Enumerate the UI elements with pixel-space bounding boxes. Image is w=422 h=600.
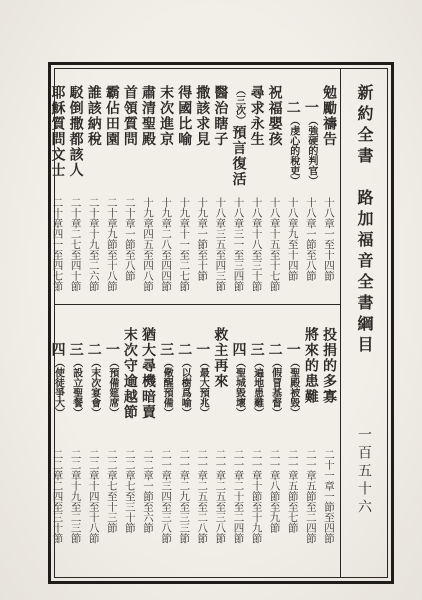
toc-entry: 尋求永生十八章十八至三十節 xyxy=(248,85,266,304)
toc-entry: 二（假冒基督）二一章八節至九節 xyxy=(266,327,284,577)
toc-entry-heading: 猶大尋機暗賣 xyxy=(139,327,157,449)
toc-entry-reference: 十九章四五至四八節 xyxy=(139,197,157,292)
toc-entry-reference: 十八章三五至四三節 xyxy=(211,197,229,292)
toc-entry-reference: 二二章七至十三節 xyxy=(103,449,121,533)
toc-entry: 三（設立聖餐）二二章十九至二三節 xyxy=(67,327,85,577)
toc-entry-heading: 勉勵禱告 xyxy=(320,85,338,197)
toc-entry-heading: 二（以樹爲喻） xyxy=(175,327,193,449)
toc-entry-heading-text: 二 xyxy=(267,342,283,358)
toc-entry-reference: 十九章十一至二七節 xyxy=(175,197,193,292)
toc-entry-heading: 耶穌質問文士 xyxy=(49,85,67,197)
toc-entry-heading: 三（遍地患難） xyxy=(248,327,266,449)
toc-entry: 駁倒撒都該人二十章二七至四十節 xyxy=(67,85,85,304)
toc-entry-heading-text: 末次進京 xyxy=(158,85,174,147)
toc-entry-subheading: （使徒爭大） xyxy=(53,358,64,418)
toc-entry-heading-text: 誰該納稅 xyxy=(86,85,102,147)
toc-entry: 將來的患難二一章五節至二四節 xyxy=(302,327,320,577)
toc-section-top: 勉勵禱告十八章一至十四節一（強硬的判官）十八章一節至八節二（虔心的稅吏）十八章九… xyxy=(55,69,340,305)
toc-entry-heading: 四（聖城毀壞） xyxy=(229,327,247,449)
toc-entry-heading-text: 一 xyxy=(285,342,301,358)
toc-entry-subheading: （儆醒預備） xyxy=(161,358,172,418)
toc-entry-heading-text: 駁倒撒都該人 xyxy=(68,85,84,178)
toc-entry: 一（強硬的判官）十八章一節至八節 xyxy=(302,85,320,304)
toc-entry-reference: 十八章九至十四節 xyxy=(284,197,302,281)
toc-entry-heading: 得國比喻 xyxy=(175,85,193,197)
toc-entry-reference: 二一章二五至二八節 xyxy=(193,449,211,544)
toc-entry-reference: 十八章一至十四節 xyxy=(320,197,338,281)
toc-entry-heading: 霸佔田園 xyxy=(103,85,121,197)
toc-entry: 猶大尋機暗賣二二章一節至六節 xyxy=(139,327,157,577)
toc-entry-heading: 末次進京 xyxy=(157,85,175,197)
toc-entry-heading: 尋求永生 xyxy=(248,85,266,197)
toc-entry-heading-text: 祝福嬰孩 xyxy=(267,85,283,147)
toc-entry: 一（最大預兆）二一章二五至二八節 xyxy=(193,327,211,577)
toc-entry-subheading: （聖城毀壞） xyxy=(233,358,244,418)
toc-entry: 誰該納稅二十章十九至二六節 xyxy=(85,85,103,304)
toc-entry-heading-text: 四 xyxy=(50,342,66,358)
toc-entry-reference: 二一章二五至三八節 xyxy=(211,449,229,544)
toc-entry-subheading: （虔心的稅吏） xyxy=(288,116,299,186)
toc-entry-reference: 十八章一節至八節 xyxy=(302,197,320,281)
toc-entry-heading: 一（最大預兆） xyxy=(193,327,211,449)
toc-entry: 救主再來二一章二五至三八節 xyxy=(211,327,229,577)
toc-entry-reference: 十八章十八至三十節 xyxy=(248,197,266,292)
toc-entry-heading-text: 末次守逾越節 xyxy=(122,327,138,420)
toc-entry-heading-text: 一 xyxy=(104,342,120,358)
toc-entry: 三（遍地患難）二一章十節至十九節 xyxy=(248,327,266,577)
toc-section-bottom: 投捐的多寡二十一章一節至四節將來的患難二一章五節至二四節一（聖殿被毀）二一章五節… xyxy=(55,305,340,577)
page-number: 一百五十六 xyxy=(355,427,373,517)
toc-entry-heading: 四（使徒爭大） xyxy=(49,327,67,449)
toc-entry-heading: 醫治瞎子 xyxy=(211,85,229,197)
toc-entry-reference: 二一章十節至十九節 xyxy=(248,449,266,544)
toc-entry-reference: 十九章二八至四四節 xyxy=(157,197,175,292)
toc-entry-heading: 三（設立聖餐） xyxy=(67,327,85,449)
toc-entry-reference: 二十章一節至八節 xyxy=(121,197,139,281)
toc-entry: 四（使徒爭大）二二章二四至三十節 xyxy=(49,327,67,577)
toc-entry-heading: 撒該求見 xyxy=(193,85,211,197)
toc-entry-heading: 三（儆醒預備） xyxy=(157,327,175,449)
toc-entry: 二（虔心的稅吏）十八章九至十四節 xyxy=(284,85,302,304)
toc-entry-heading-text: 首領質問 xyxy=(122,85,138,147)
toc-entry: 撒該求見十九章一節至十節 xyxy=(193,85,211,304)
toc-entry-heading: 首領質問 xyxy=(121,85,139,197)
page-title: 新約全書 路加福音全書綱目 xyxy=(354,84,374,357)
toc-entry: 三（儆醒預備）二一章三四至三八節 xyxy=(157,327,175,577)
toc-entry-heading-text: 四 xyxy=(230,342,246,358)
toc-entry: 肅清聖殿十九章四五至四八節 xyxy=(139,85,157,304)
toc-entry-heading: 一（聖殿被毀） xyxy=(284,327,302,449)
toc-entry: 二（末次宴會）二二章十四至十八節 xyxy=(85,327,103,577)
toc-entry-heading: 投捐的多寡 xyxy=(320,327,338,449)
toc-entry-reference: 二二章二四至三十節 xyxy=(49,449,67,544)
toc-entry-heading-text: 撒該求見 xyxy=(194,85,210,147)
toc-entry-reference: 二十章四一至四七節 xyxy=(49,197,67,292)
toc-entry-subheading: （以樹爲喻） xyxy=(179,358,190,418)
toc-entry: 投捐的多寡二十一章一節至四節 xyxy=(320,327,338,577)
toc-entry-reference: 二一章二十至二四節 xyxy=(229,449,247,544)
toc-entry-heading-text: 一 xyxy=(194,342,210,358)
toc-entry-reference: 二十章十九至二六節 xyxy=(85,197,103,292)
title-strip: 新約全書 路加福音全書綱目 一百五十六 xyxy=(340,69,387,577)
toc-entry-heading-text: 三 xyxy=(68,342,84,358)
toc-entry: 醫治瞎子十八章三五至四三節 xyxy=(211,85,229,304)
toc-entry-heading-text: 勉勵禱告 xyxy=(321,85,337,147)
toc-entry-reference: 十八章三一至三四節 xyxy=(229,197,247,292)
toc-entry-reference: 二一章三四至三八節 xyxy=(157,449,175,544)
toc-entry-reference: 二十一章一節至四節 xyxy=(320,449,338,544)
toc-entry: 一（預備筵席）二二章七至十三節 xyxy=(103,327,121,577)
book-page: 勉勵禱告十八章一至十四節一（強硬的判官）十八章一節至八節二（虔心的稅吏）十八章九… xyxy=(0,0,422,600)
toc-entry: 首領質問二十章一節至八節 xyxy=(121,85,139,304)
toc-entry-reference: 二一章二九至三三節 xyxy=(175,449,193,544)
toc-entry: 勉勵禱告十八章一至十四節 xyxy=(320,85,338,304)
toc-entry-heading: 一（強硬的判官） xyxy=(302,85,320,197)
toc-entry-subheading: （三次） xyxy=(233,85,244,125)
toc-entry: 霸佔田園二十章九節至十八節 xyxy=(103,85,121,304)
toc-entry-heading-text: 肅清聖殿 xyxy=(140,85,156,147)
toc-entry-heading-text: 得國比喻 xyxy=(176,85,192,147)
toc-entry-heading: 將來的患難 xyxy=(302,327,320,449)
toc-entry-heading: 誰該納稅 xyxy=(85,85,103,197)
toc-entry-heading: 二（末次宴會） xyxy=(85,327,103,449)
toc-entry-reference: 二一章五節至七節 xyxy=(284,449,302,533)
toc-entry-reference: 二十章九節至十八節 xyxy=(103,197,121,292)
toc-entry-heading: 祝福嬰孩 xyxy=(266,85,284,197)
toc-entry-heading: 駁倒撒都該人 xyxy=(67,85,85,197)
toc-entry-reference: 二二章七至三十節 xyxy=(121,449,139,533)
toc-entry-heading-text: 猶大尋機暗賣 xyxy=(140,327,156,420)
toc-entry-heading-text: 預言復活 xyxy=(230,125,246,187)
toc-entry-heading: 二（虔心的稅吏） xyxy=(284,85,302,197)
toc-entry-heading: 一（預備筵席） xyxy=(103,327,121,449)
toc-entry-reference: 二二章一節至六節 xyxy=(139,449,157,533)
toc-entry-reference: 十八章十五至十七節 xyxy=(266,197,284,292)
toc-entry-heading-text: 霸佔田園 xyxy=(104,85,120,147)
toc-entry-heading-text: 一 xyxy=(303,100,319,116)
toc-content: 勉勵禱告十八章一至十四節一（強硬的判官）十八章一節至八節二（虔心的稅吏）十八章九… xyxy=(55,69,340,577)
toc-entry: （三次）預言復活十八章三一至三四節 xyxy=(229,85,247,304)
toc-entry-heading-text: 醫治瞎子 xyxy=(212,85,228,147)
toc-entry-subheading: （假冒基督） xyxy=(270,358,281,418)
toc-entry: 祝福嬰孩十八章十五至十七節 xyxy=(266,85,284,304)
toc-entry-heading: 末次守逾越節 xyxy=(121,327,139,449)
toc-entry: 得國比喻十九章十一至二七節 xyxy=(175,85,193,304)
toc-entry-heading: 肅清聖殿 xyxy=(139,85,157,197)
toc-entry-subheading: （末次宴會） xyxy=(89,358,100,418)
toc-entry-subheading: （遍地患難） xyxy=(252,358,263,418)
toc-entry-heading: 二（假冒基督） xyxy=(266,327,284,449)
toc-entry-heading-text: 二 xyxy=(285,100,301,116)
toc-entry-heading-text: 三 xyxy=(158,342,174,358)
toc-entry-heading-text: 將來的患難 xyxy=(303,327,319,405)
toc-entry-heading-text: 二 xyxy=(176,342,192,358)
toc-entry-heading-text: 投捐的多寡 xyxy=(321,327,337,405)
toc-entry-reference: 二二章十四至十八節 xyxy=(85,449,103,544)
toc-entry-heading-text: 尋求永生 xyxy=(249,85,265,147)
toc-entry: 耶穌質問文士二十章四一至四七節 xyxy=(49,85,67,304)
toc-entry-reference: 二十章二七至四十節 xyxy=(67,197,85,292)
toc-entry-subheading: （最大預兆） xyxy=(197,358,208,418)
toc-entry-heading-text: 二 xyxy=(86,342,102,358)
toc-entry-reference: 二二章十九至二三節 xyxy=(67,449,85,544)
page-frame: 勉勵禱告十八章一至十四節一（強硬的判官）十八章一節至八節二（虔心的稅吏）十八章九… xyxy=(48,62,394,584)
toc-entry-heading: （三次）預言復活 xyxy=(229,85,247,197)
toc-entry: 四（聖城毀壞）二一章二十至二四節 xyxy=(229,327,247,577)
toc-entry-subheading: （預備筵席） xyxy=(107,358,118,418)
page-inner-frame: 勉勵禱告十八章一至十四節一（強硬的判官）十八章一節至八節二（虔心的稅吏）十八章九… xyxy=(54,68,388,578)
toc-entry-subheading: （強硬的判官） xyxy=(306,116,317,186)
toc-entry: 末次守逾越節二二章七至三十節 xyxy=(121,327,139,577)
toc-entry-subheading: （聖殿被毀） xyxy=(288,358,299,418)
toc-entry-reference: 十九章一節至十節 xyxy=(193,197,211,281)
toc-entry: 一（聖殿被毀）二一章五節至七節 xyxy=(284,327,302,577)
toc-entry-heading: 救主再來 xyxy=(211,327,229,449)
toc-entry-subheading: （設立聖餐） xyxy=(71,358,82,418)
toc-entry-reference: 二一章五節至二四節 xyxy=(302,449,320,544)
toc-entry: 二（以樹爲喻）二一章二九至三三節 xyxy=(175,327,193,577)
toc-entry-heading-text: 三 xyxy=(249,342,265,358)
toc-entry: 末次進京十九章二八至四四節 xyxy=(157,85,175,304)
toc-entry-reference: 二一章八節至九節 xyxy=(266,449,284,533)
toc-entry-heading-text: 救主再來 xyxy=(212,327,228,389)
toc-entry-heading-text: 耶穌質問文士 xyxy=(50,85,66,178)
